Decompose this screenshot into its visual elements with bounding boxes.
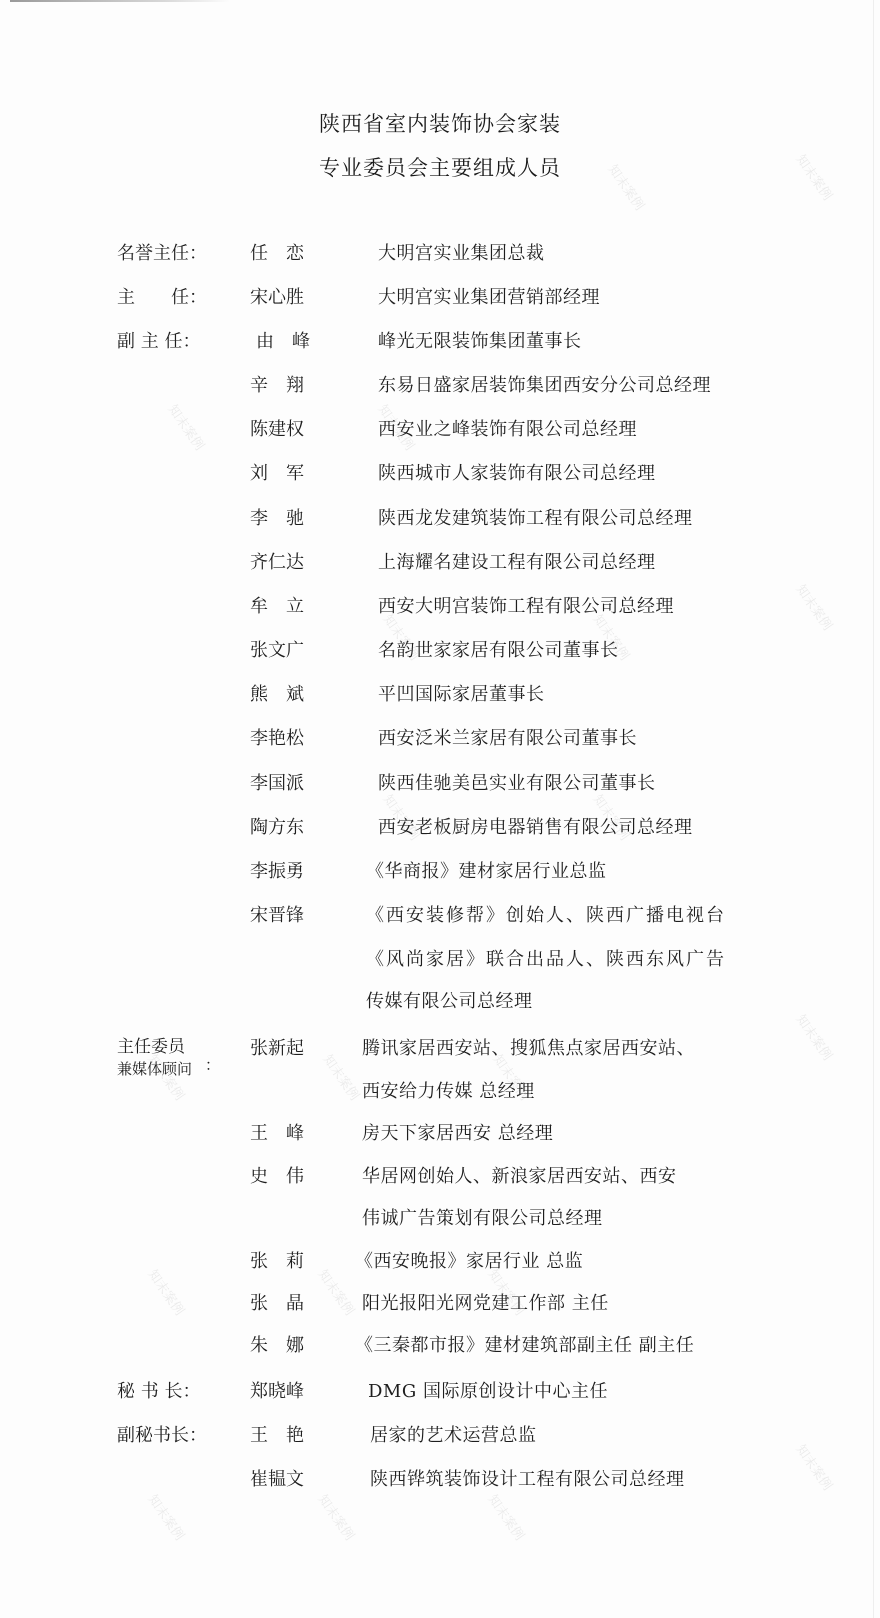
member-title: 西安业之峰装饰有限公司总经理 (378, 416, 637, 444)
member-title: 《三秦都市报》建材建筑部副主任 副主任 (355, 1332, 694, 1360)
role-colon: ： (205, 1056, 220, 1074)
member-title: 平凹国际家居董事长 (378, 681, 545, 709)
member-name: 陈建权 (250, 416, 304, 444)
member-title: 西安老板厨房电器销售有限公司总经理 (378, 814, 693, 842)
member-row-deputy-director: 李振勇 《华商报》建材家居行业总监 (0, 858, 880, 886)
member-name: 牟 立 (250, 593, 304, 621)
document-title-line-2: 专业委员会主要组成人员 (0, 152, 880, 182)
member-row-deputy-secretary: 崔韫文 陕西铧筑装饰设计工程有限公司总经理 (0, 1466, 880, 1494)
member-name: 张 晶 (250, 1290, 304, 1318)
member-title: 《西安晚报》家居行业 总监 (355, 1248, 583, 1276)
role-label: 主 任： (117, 284, 207, 312)
member-row-deputy-director: 牟 立 西安大明宫装饰工程有限公司总经理 (0, 593, 880, 621)
member-name: 陶方东 (250, 814, 304, 842)
member-name: 张文广 (250, 637, 304, 665)
role-label: 名誉主任： (117, 240, 207, 268)
member-row-media-advisor: 张 晶 阳光报阳光网党建工作部 主任 (0, 1290, 880, 1318)
member-name: 郑晓峰 (250, 1378, 304, 1406)
member-title: 西安泛米兰家居有限公司董事长 (378, 725, 637, 753)
member-row-continuation: 《风尚家居》联合出品人、陕西东风广告 (0, 946, 880, 974)
member-title-line: 伟诚广告策划有限公司总经理 (362, 1205, 603, 1233)
member-title: 大明宫实业集团营销部经理 (378, 284, 600, 312)
member-name: 李振勇 (250, 858, 304, 886)
watermark: 知末案例 (484, 1490, 529, 1544)
member-row-deputy-director: 陶方东 西安老板厨房电器销售有限公司总经理 (0, 814, 880, 842)
member-row-media-advisor: 张 莉 《西安晚报》家居行业 总监 (0, 1248, 880, 1276)
member-title: 东易日盛家居装饰集团西安分公司总经理 (378, 372, 711, 400)
member-name: 朱 娜 (250, 1332, 304, 1360)
member-name: 由 峰 (256, 328, 310, 356)
member-title-line: 西安给力传媒 总经理 (362, 1078, 535, 1106)
member-name: 王 艳 (250, 1422, 304, 1450)
member-title: 西安大明宫装饰工程有限公司总经理 (378, 593, 674, 621)
member-row-honorary-director: 名誉主任： 任 恋 大明宫实业集团总裁 (0, 240, 880, 268)
member-name: 李艳松 (250, 725, 304, 753)
role-label: 副秘书长： (117, 1422, 207, 1450)
member-row-media-advisor: 史 伟 华居网创始人、新浪家居西安站、西安 (0, 1163, 880, 1191)
member-name: 刘 军 (250, 460, 304, 488)
member-title: 陕西佳驰美邑实业有限公司董事长 (378, 770, 656, 798)
member-row-deputy-director: 刘 军 陕西城市人家装饰有限公司总经理 (0, 460, 880, 488)
member-title-line: 《西安装修帮》创始人、陕西广播电视台 (366, 902, 726, 930)
member-name: 齐仁达 (250, 549, 304, 577)
member-row-media-advisor: 朱 娜 《三秦都市报》建材建筑部副主任 副主任 (0, 1332, 880, 1360)
member-title: 房天下家居西安 总经理 (362, 1120, 553, 1148)
role-label: 秘 书 长： (117, 1378, 200, 1406)
member-name: 张新起 (250, 1035, 304, 1063)
member-row-continuation: 伟诚广告策划有限公司总经理 (0, 1205, 880, 1233)
member-title-line: 华居网创始人、新浪家居西安站、西安 (362, 1163, 677, 1191)
member-row-media-advisor: 王 峰 房天下家居西安 总经理 (0, 1120, 880, 1148)
scan-top-edge (10, 0, 230, 2)
member-name: 李国派 (250, 770, 304, 798)
member-row-secretary-general: 秘 书 长： 郑晓峰 DMG 国际原创设计中心主任 (0, 1378, 880, 1406)
member-row-deputy-director: 熊 斌 平凹国际家居董事长 (0, 681, 880, 709)
document-title-line-1: 陕西省室内装饰协会家装 (0, 108, 880, 138)
member-title: 《华商报》建材家居行业总监 (366, 858, 607, 886)
member-name: 辛 翔 (250, 372, 304, 400)
member-row-media-advisor: 主任委员 张新起 腾讯家居西安站、搜狐焦点家居西安站、 (0, 1035, 880, 1063)
member-name: 崔韫文 (250, 1466, 304, 1494)
member-title-line: 《风尚家居》联合出品人、陕西东风广告 (366, 946, 726, 974)
member-title: 居家的艺术运营总监 (370, 1422, 537, 1450)
member-title: 上海耀名建设工程有限公司总经理 (378, 549, 656, 577)
member-row-deputy-director: 陈建权 西安业之峰装饰有限公司总经理 (0, 416, 880, 444)
member-row-continuation: 西安给力传媒 总经理 (0, 1078, 880, 1106)
member-row-deputy-director: 齐仁达 上海耀名建设工程有限公司总经理 (0, 549, 880, 577)
member-name: 熊 斌 (250, 681, 304, 709)
member-title: DMG 国际原创设计中心主任 (368, 1378, 608, 1406)
member-title: 大明宫实业集团总裁 (378, 240, 545, 268)
member-name: 史 伟 (250, 1163, 304, 1191)
member-row-deputy-director: 副 主 任： 由 峰 峰光无限装饰集团董事长 (0, 328, 880, 356)
member-row-deputy-director: 宋晋锋 《西安装修帮》创始人、陕西广播电视台 (0, 902, 880, 930)
member-title: 陕西城市人家装饰有限公司总经理 (378, 460, 656, 488)
member-name: 张 莉 (250, 1248, 304, 1276)
member-title: 陕西铧筑装饰设计工程有限公司总经理 (370, 1466, 685, 1494)
member-name: 任 恋 (250, 240, 304, 268)
role-label: 主任委员 (117, 1037, 185, 1057)
member-row-deputy-director: 辛 翔 东易日盛家居装饰集团西安分公司总经理 (0, 372, 880, 400)
member-name: 宋晋锋 (250, 902, 304, 930)
role-label-sub: 兼媒体顾问 (117, 1060, 192, 1078)
member-row-deputy-director: 李艳松 西安泛米兰家居有限公司董事长 (0, 725, 880, 753)
member-title-line: 传媒有限公司总经理 (366, 988, 533, 1016)
member-name: 李 驰 (250, 505, 304, 533)
member-row-director: 主 任： 宋心胜 大明宫实业集团营销部经理 (0, 284, 880, 312)
member-row-deputy-secretary: 副秘书长： 王 艳 居家的艺术运营总监 (0, 1422, 880, 1450)
member-row-deputy-director: 李 驰 陕西龙发建筑装饰工程有限公司总经理 (0, 505, 880, 533)
member-title: 峰光无限装饰集团董事长 (378, 328, 582, 356)
watermark: 知末案例 (144, 1490, 189, 1544)
member-name: 宋心胜 (250, 284, 304, 312)
member-name: 王 峰 (250, 1120, 304, 1148)
member-row-deputy-director: 李国派 陕西佳驰美邑实业有限公司董事长 (0, 770, 880, 798)
member-row-continuation: 传媒有限公司总经理 (0, 988, 880, 1016)
role-label: 副 主 任： (117, 328, 200, 356)
member-title: 阳光报阳光网党建工作部 主任 (362, 1290, 609, 1318)
member-title: 陕西龙发建筑装饰工程有限公司总经理 (378, 505, 693, 533)
member-title: 名韵世家家居有限公司董事长 (378, 637, 619, 665)
member-row-deputy-director: 张文广 名韵世家家居有限公司董事长 (0, 637, 880, 665)
member-title-line: 腾讯家居西安站、搜狐焦点家居西安站、 (362, 1035, 695, 1063)
watermark: 知末案例 (314, 1490, 359, 1544)
